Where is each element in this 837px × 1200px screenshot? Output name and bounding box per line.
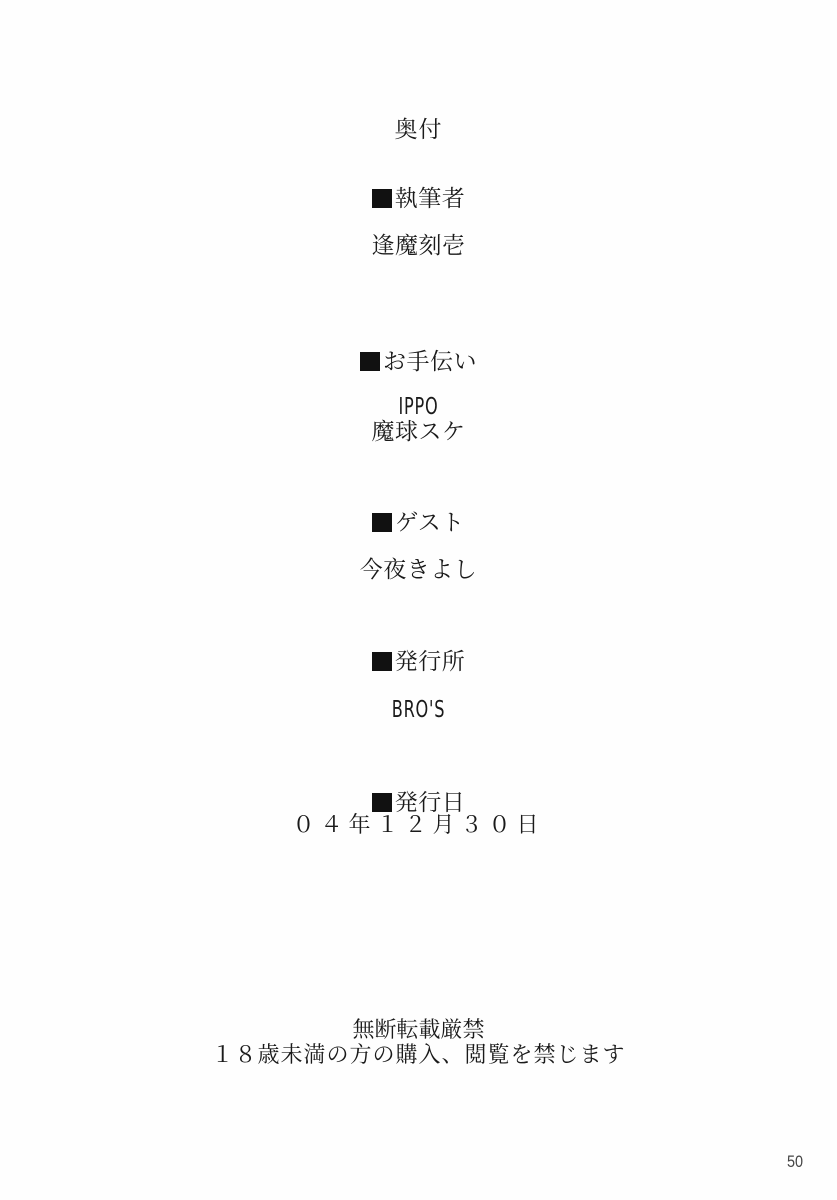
- black-square-icon: [372, 513, 392, 532]
- section-heading-publish-date: 発行日: [0, 792, 837, 815]
- assistant-name-2: 魔球スケ: [0, 421, 837, 444]
- page-number: 50: [787, 1152, 803, 1172]
- colophon-page: 奥付 執筆者 逢魔刻壱 お手伝い IPPO 魔球スケ ゲスト 今夜きよし 発行所…: [0, 0, 837, 1200]
- section-heading-label: お手伝い: [383, 349, 477, 375]
- publisher-name: BRO'S: [92, 699, 745, 722]
- black-square-icon: [372, 189, 392, 208]
- section-heading-label: 執筆者: [395, 186, 466, 212]
- guest-name: 今夜きよし: [0, 559, 837, 582]
- publish-date: ０４年１２月３０日: [0, 815, 837, 837]
- section-heading-label: 発行所: [395, 649, 466, 675]
- notice-age-restriction: １８歳未満の方の購入、閲覧を禁じます: [0, 1045, 837, 1067]
- black-square-icon: [372, 793, 392, 812]
- section-heading-publisher: 発行所: [0, 651, 837, 674]
- page-title: 奥付: [0, 119, 837, 142]
- black-square-icon: [360, 352, 380, 371]
- section-heading-author: 執筆者: [0, 188, 837, 211]
- author-name: 逢魔刻壱: [0, 235, 837, 258]
- black-square-icon: [372, 652, 392, 671]
- section-heading-label: ゲスト: [395, 510, 465, 536]
- assistant-name-1: IPPO: [92, 396, 745, 419]
- notice-no-reproduction: 無断転載厳禁: [0, 1020, 837, 1042]
- section-heading-assistance: お手伝い: [0, 351, 837, 374]
- section-heading-guest: ゲスト: [0, 512, 837, 535]
